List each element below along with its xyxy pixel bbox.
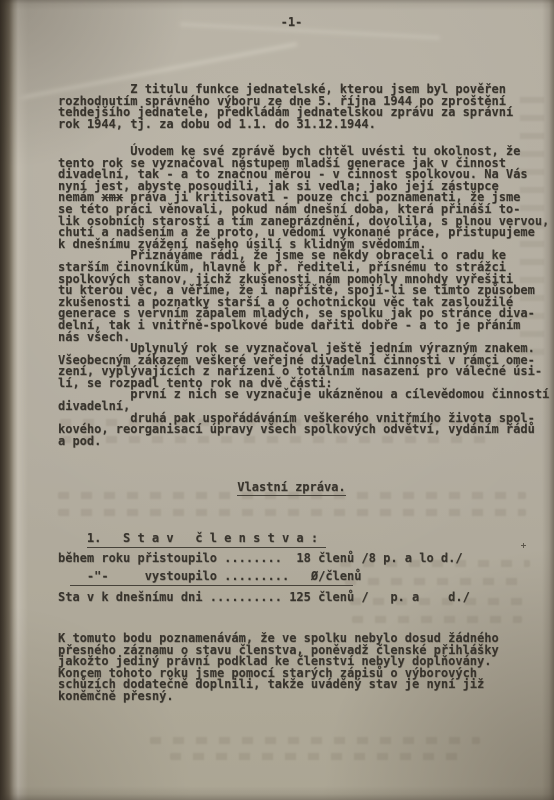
report-body: Úvodem ke své zprávě bych chtěl uvésti t… xyxy=(58,146,549,447)
bleedthrough-artifact xyxy=(352,616,522,623)
ink-speck-artifact xyxy=(521,543,526,548)
closing-paragraph: K tomuto bodu poznamenávám, že ve spolku… xyxy=(58,633,499,703)
scanned-document-page: -1- Z titulu funkce jednatelské, kterou … xyxy=(0,0,554,800)
page-left-edge-shadow xyxy=(0,0,30,800)
section-title: Vlastní zpráva. xyxy=(0,470,554,508)
bleedthrough-artifact xyxy=(170,753,460,760)
bleedthrough-artifact xyxy=(150,737,480,744)
section-title-text: Vlastní zpráva. xyxy=(237,482,345,497)
page-number: -1- xyxy=(0,5,554,40)
report-body-text-after: práva ji kritisovati - pouze chci poznam… xyxy=(58,190,549,447)
bleedthrough-artifact xyxy=(345,578,527,585)
bleedthrough-artifact xyxy=(58,509,526,516)
stats-divider-rule xyxy=(70,585,353,586)
page-number-text: -1- xyxy=(281,15,303,29)
membership-stat-row-left: -"- vystoupilo ......... Ø/členů xyxy=(58,571,361,583)
membership-stat-row-current: Sta v k dnešnímu dni .......... 125 člen… xyxy=(58,592,470,604)
opening-paragraph: Z titulu funkce jednatelské, kterou jsem… xyxy=(58,84,513,130)
membership-heading-text: 1. S t a v č l e n s t v a : xyxy=(87,533,326,549)
membership-stat-row-acceded: během roku přistoupilo ........ 18 členů… xyxy=(58,553,463,565)
